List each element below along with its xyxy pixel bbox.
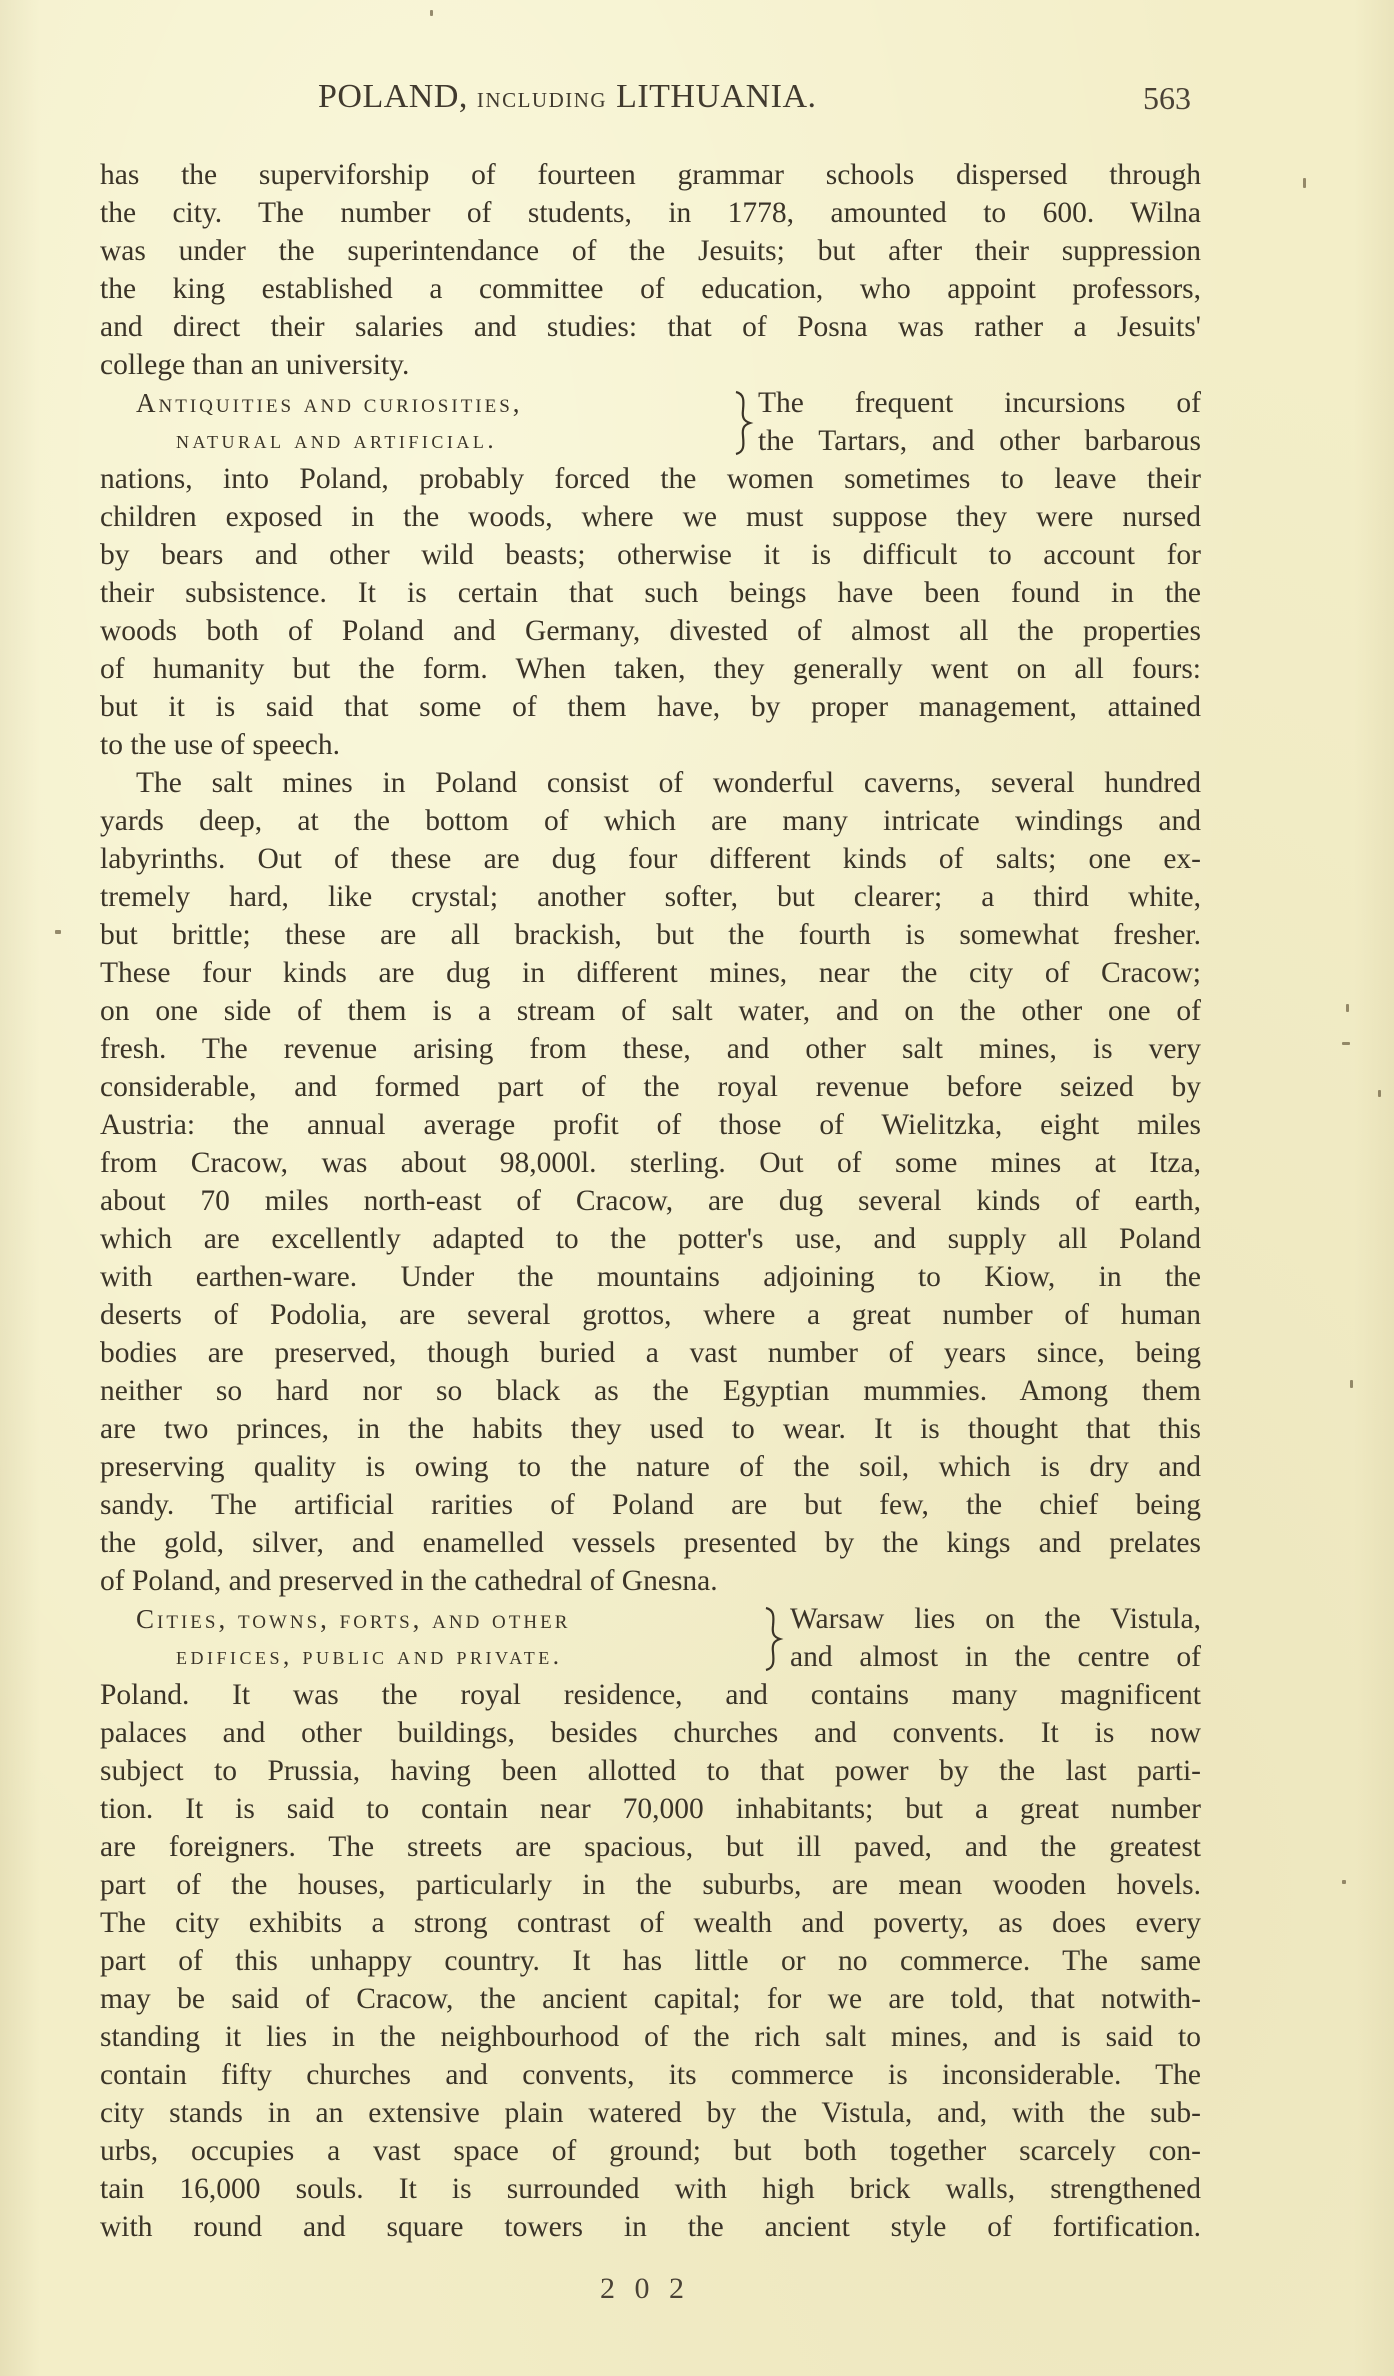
paper-speck xyxy=(1346,1004,1349,1012)
text-line: are foreigners. The streets are spacious… xyxy=(100,1828,1201,1866)
running-head: POLAND, including LITHUANIA. xyxy=(318,78,978,116)
text-line: considerable, and formed part of the roy… xyxy=(100,1068,1201,1106)
text-line: the Tartars, and other barbarous xyxy=(758,422,1201,460)
text-line: tion. It is said to contain near 70,000 … xyxy=(100,1790,1201,1828)
running-head-including: including xyxy=(477,81,607,114)
text-line: with round and square towers in the anci… xyxy=(100,2208,1201,2246)
side-heading-line-2: edifices, public and private. xyxy=(176,1638,562,1676)
text-line: and direct their salaries and studies: t… xyxy=(100,308,1201,346)
text-line: of Poland, and preserved in the cathedra… xyxy=(100,1562,1201,1600)
side-heading: Antiquities and curiosities, natural and… xyxy=(136,384,756,460)
text-line: standing it lies in the neighbourhood of… xyxy=(100,2018,1201,2056)
text-line: Austria: the annual average profit of th… xyxy=(100,1106,1201,1144)
text-line: The frequent incursions of xyxy=(758,384,1201,422)
text-line: of humanity but the form. When taken, th… xyxy=(100,650,1201,688)
brace-icon xyxy=(732,390,754,456)
text-line: may be said of Cracow, the ancient capit… xyxy=(100,1980,1201,2018)
text-line: the gold, silver, and enamelled vessels … xyxy=(100,1524,1201,1562)
text-line: their subsistence. It is certain that su… xyxy=(100,574,1201,612)
section-heading-antiquities: Antiquities and curiosities, natural and… xyxy=(100,384,1201,460)
text-line: woods both of Poland and Germany, divest… xyxy=(100,612,1201,650)
text-line: which are excellently adapted to the pot… xyxy=(100,1220,1201,1258)
side-heading-line-1: Antiquities and curiosities, xyxy=(136,384,523,422)
text-line: with earthen-ware. Under the mountains a… xyxy=(100,1258,1201,1296)
text-line: city stands in an extensive plain watere… xyxy=(100,2094,1201,2132)
text-line: part of this unhappy country. It has lit… xyxy=(100,1942,1201,1980)
text-line: The salt mines in Poland consist of wond… xyxy=(136,764,1201,802)
text-line: on one side of them is a stream of salt … xyxy=(100,992,1201,1030)
paper-speck xyxy=(1303,178,1306,188)
text-line: The city exhibits a strong contrast of w… xyxy=(100,1904,1201,1942)
text-line: subject to Prussia, having been allotted… xyxy=(100,1752,1201,1790)
text-line: yards deep, at the bottom of which are m… xyxy=(100,802,1201,840)
text-line: sandy. The artificial rarities of Poland… xyxy=(100,1486,1201,1524)
paper-speck xyxy=(1378,1090,1381,1097)
text-line: by bears and other wild beasts; otherwis… xyxy=(100,536,1201,574)
text-line: to the use of speech. xyxy=(100,726,1201,764)
side-heading-line-1: Cities, towns, forts, and other xyxy=(136,1600,570,1638)
text-line: children exposed in the woods, where we … xyxy=(100,498,1201,536)
book-page: POLAND, including LITHUANIA. 563 has the… xyxy=(0,0,1394,2376)
text-line: deserts of Podolia, are several grottos,… xyxy=(100,1296,1201,1334)
text-line: part of the houses, particularly in the … xyxy=(100,1866,1201,1904)
text-line: from Cracow, was about 98,000l. sterling… xyxy=(100,1144,1201,1182)
text-line: Poland. It was the royal residence, and … xyxy=(100,1676,1201,1714)
text-line: bodies are preserved, though buried a va… xyxy=(100,1334,1201,1372)
text-line: has the superviforship of fourteen gramm… xyxy=(100,156,1201,194)
text-line: the king established a committee of educ… xyxy=(100,270,1201,308)
text-line: and almost in the centre of xyxy=(790,1638,1201,1676)
side-heading-text: Warsaw lies on the Vistula, and almost i… xyxy=(790,1600,1201,1676)
text-line: These four kinds are dug in different mi… xyxy=(100,954,1201,992)
text-line: nations, into Poland, probably forced th… xyxy=(100,460,1201,498)
text-line: tremely hard, like crystal; another soft… xyxy=(100,878,1201,916)
side-heading-line-2: natural and artificial. xyxy=(176,422,497,460)
text-line: urbs, occupies a vast space of ground; b… xyxy=(100,2132,1201,2170)
text-line: Warsaw lies on the Vistula, xyxy=(790,1600,1201,1638)
text-line: was under the superintendance of the Jes… xyxy=(100,232,1201,270)
paper-speck xyxy=(55,930,61,934)
paper-speck xyxy=(1342,1880,1346,1884)
text-line: neither so hard nor so black as the Egyp… xyxy=(100,1372,1201,1410)
text-line: fresh. The revenue arising from these, a… xyxy=(100,1030,1201,1068)
running-head-country: POLAND, xyxy=(318,78,468,115)
page-number: 563 xyxy=(1143,80,1191,117)
text-line: contain fifty churches and convents, its… xyxy=(100,2056,1201,2094)
section-heading-cities: Cities, towns, forts, and other edifices… xyxy=(100,1600,1201,1676)
text-line: but brittle; these are all brackish, but… xyxy=(100,916,1201,954)
text-line: about 70 miles north-east of Cracow, are… xyxy=(100,1182,1201,1220)
text-line: palaces and other buildings, besides chu… xyxy=(100,1714,1201,1752)
text-line: preserving quality is owing to the natur… xyxy=(100,1448,1201,1486)
text-line: tain 16,000 souls. It is surrounded with… xyxy=(100,2170,1201,2208)
text-line: but it is said that some of them have, b… xyxy=(100,688,1201,726)
text-line: the city. The number of students, in 177… xyxy=(100,194,1201,232)
text-line: are two princes, in the habits they used… xyxy=(100,1410,1201,1448)
paper-speck xyxy=(1342,1042,1350,1045)
brace-icon xyxy=(762,1606,784,1672)
side-heading-text: The frequent incursions of the Tartars, … xyxy=(758,384,1201,460)
text-line: labyrinths. Out of these are dug four di… xyxy=(100,840,1201,878)
running-head-region: LITHUANIA. xyxy=(616,78,816,115)
text-line: college than an university. xyxy=(100,346,1201,384)
signature-mark: 2 0 2 xyxy=(600,2272,690,2306)
side-heading: Cities, towns, forts, and other edifices… xyxy=(136,1600,756,1676)
paper-speck xyxy=(1350,1380,1353,1388)
paper-speck xyxy=(430,10,433,16)
